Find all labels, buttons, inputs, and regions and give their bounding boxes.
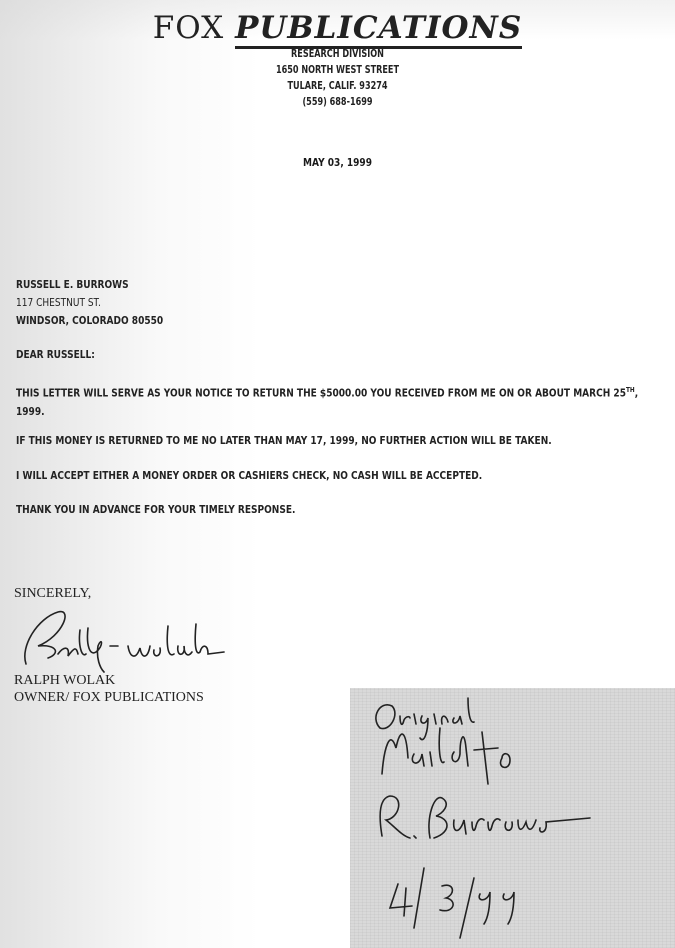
- paragraph-1: THIS LETTER WILL SERVE AS YOUR NOTICE TO…: [16, 381, 639, 421]
- recipient-street: 117 CHESTNUT ST.: [16, 296, 101, 309]
- valediction: SINCERELY,: [14, 586, 91, 602]
- letter-date: MAY 03, 1999: [61, 156, 615, 169]
- paragraph-2: IF THIS MONEY IS RETURNED TO ME NO LATER…: [16, 434, 552, 447]
- signature: [18, 606, 268, 676]
- letterhead-address: RESEARCH DIVISION 1650 NORTH WEST STREET…: [61, 46, 615, 110]
- letterhead: FOX PUBLICATIONS RESEARCH DIVISION 1650 …: [0, 10, 675, 110]
- recipient-city: WINDSOR, COLORADO 80550: [16, 314, 163, 327]
- paragraph-3: I WILL ACCEPT EITHER A MONEY ORDER OR CA…: [16, 469, 482, 482]
- handwritten-note: [350, 688, 675, 948]
- signer-name: RALPH WOLAK: [14, 673, 115, 689]
- signer-title: OWNER/ FOX PUBLICATIONS: [14, 690, 204, 706]
- salutation: DEAR RUSSELL:: [16, 348, 95, 361]
- company-name: FOX PUBLICATIONS: [0, 10, 675, 46]
- paragraph-4: THANK YOU IN ADVANCE FOR YOUR TIMELY RES…: [16, 503, 295, 516]
- recipient-name: RUSSELL E. BURROWS: [16, 278, 129, 291]
